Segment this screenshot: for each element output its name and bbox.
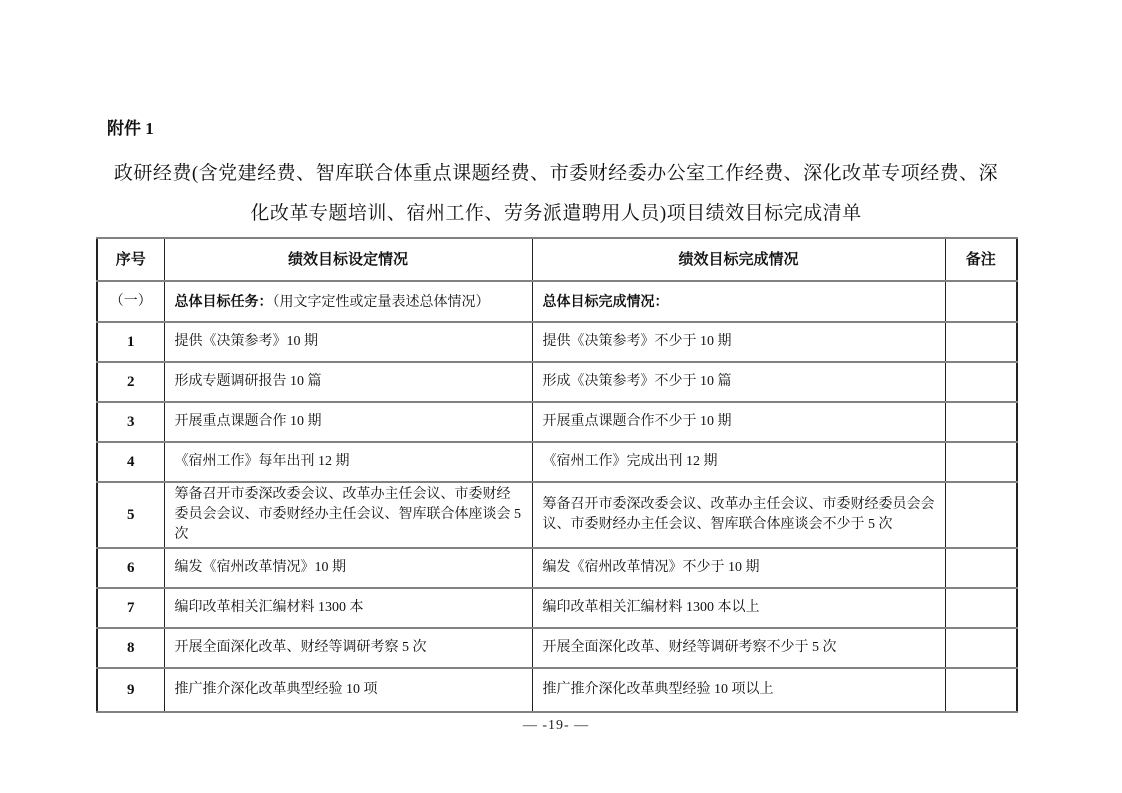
set-cell: 编发《宿州改革情况》10 期 bbox=[164, 548, 532, 588]
title-line-1: 政研经费(含党建经费、智库联合体重点课题经费、市委财经委办公室工作经费、深化改革… bbox=[96, 154, 1016, 194]
remark-cell bbox=[945, 442, 1017, 482]
set-cell: 总体目标任务：（用文字定性或定量表述总体情况） bbox=[164, 281, 532, 322]
remark-cell bbox=[945, 628, 1017, 668]
overall-goal-row: （一） 总体目标任务：（用文字定性或定量表述总体情况） 总体目标完成情况： bbox=[97, 281, 1017, 322]
header-remark: 备注 bbox=[945, 238, 1017, 281]
set-cell: 形成专题调研报告 10 篇 bbox=[164, 362, 532, 402]
done-cell: 提供《决策参考》不少于 10 期 bbox=[532, 322, 945, 362]
set-cell: 开展重点课题合作 10 期 bbox=[164, 402, 532, 442]
done-cell: 编发《宿州改革情况》不少于 10 期 bbox=[532, 548, 945, 588]
performance-goals-table: 序号 绩效目标设定情况 绩效目标完成情况 备注 （一） 总体目标任务：（用文字定… bbox=[96, 237, 1018, 713]
index-cell: 2 bbox=[97, 362, 164, 402]
overall-set-label: 总体目标任务： bbox=[175, 293, 273, 309]
remark-cell bbox=[945, 402, 1017, 442]
set-cell: 开展全面深化改革、财经等调研考察 5 次 bbox=[164, 628, 532, 668]
done-cell: 筹备召开市委深改委会议、改革办主任会议、市委财经委员会会议、市委财经办主任会议、… bbox=[532, 482, 945, 548]
table-row: 3 开展重点课题合作 10 期 开展重点课题合作不少于 10 期 bbox=[97, 402, 1017, 442]
table-row: 5 筹备召开市委深改委会议、改革办主任会议、市委财经委员会会议、市委财经办主任会… bbox=[97, 482, 1017, 548]
index-cell: 1 bbox=[97, 322, 164, 362]
header-index: 序号 bbox=[97, 238, 164, 281]
set-cell: 筹备召开市委深改委会议、改革办主任会议、市委财经委员会会议、市委财经办主任会议、… bbox=[164, 482, 532, 548]
done-cell: 开展重点课题合作不少于 10 期 bbox=[532, 402, 945, 442]
index-cell: 7 bbox=[97, 588, 164, 628]
remark-cell bbox=[945, 548, 1017, 588]
overall-done-label: 总体目标完成情况： bbox=[543, 293, 669, 309]
done-cell: 编印改革相关汇编材料 1300 本以上 bbox=[532, 588, 945, 628]
set-cell: 《宿州工作》每年出刊 12 期 bbox=[164, 442, 532, 482]
set-cell: 推广推介深化改革典型经验 10 项 bbox=[164, 668, 532, 712]
table-row: 4 《宿州工作》每年出刊 12 期 《宿州工作》完成出刊 12 期 bbox=[97, 442, 1017, 482]
done-cell: 开展全面深化改革、财经等调研考察不少于 5 次 bbox=[532, 628, 945, 668]
index-cell: （一） bbox=[97, 281, 164, 322]
done-cell: 总体目标完成情况： bbox=[532, 281, 945, 322]
table-row: 7 编印改革相关汇编材料 1300 本 编印改革相关汇编材料 1300 本以上 bbox=[97, 588, 1017, 628]
title-line-2: 化改革专题培训、宿州工作、劳务派遣聘用人员)项目绩效目标完成清单 bbox=[96, 194, 1016, 234]
done-cell: 形成《决策参考》不少于 10 篇 bbox=[532, 362, 945, 402]
index-cell: 4 bbox=[97, 442, 164, 482]
overall-set-note: （用文字定性或定量表述总体情况） bbox=[273, 295, 490, 310]
table-row: 1 提供《决策参考》10 期 提供《决策参考》不少于 10 期 bbox=[97, 322, 1017, 362]
document-title: 政研经费(含党建经费、智库联合体重点课题经费、市委财经委办公室工作经费、深化改革… bbox=[96, 154, 1016, 234]
document-page: 附件 1 政研经费(含党建经费、智库联合体重点课题经费、市委财经委办公室工作经费… bbox=[0, 0, 1122, 793]
table-row: 6 编发《宿州改革情况》10 期 编发《宿州改革情况》不少于 10 期 bbox=[97, 548, 1017, 588]
header-target-set: 绩效目标设定情况 bbox=[164, 238, 532, 281]
remark-cell bbox=[945, 668, 1017, 712]
document-content: 附件 1 政研经费(含党建经费、智库联合体重点课题经费、市委财经委办公室工作经费… bbox=[96, 118, 1016, 734]
index-cell: 9 bbox=[97, 668, 164, 712]
index-cell: 5 bbox=[97, 482, 164, 548]
table-header-row: 序号 绩效目标设定情况 绩效目标完成情况 备注 bbox=[97, 238, 1017, 281]
done-cell: 推广推介深化改革典型经验 10 项以上 bbox=[532, 668, 945, 712]
remark-cell bbox=[945, 362, 1017, 402]
set-cell: 提供《决策参考》10 期 bbox=[164, 322, 532, 362]
table-row: 9 推广推介深化改革典型经验 10 项 推广推介深化改革典型经验 10 项以上 bbox=[97, 668, 1017, 712]
page-number: — -19- — bbox=[96, 718, 1016, 734]
index-cell: 6 bbox=[97, 548, 164, 588]
remark-cell bbox=[945, 322, 1017, 362]
index-cell: 3 bbox=[97, 402, 164, 442]
remark-cell bbox=[945, 281, 1017, 322]
table-row: 8 开展全面深化改革、财经等调研考察 5 次 开展全面深化改革、财经等调研考察不… bbox=[97, 628, 1017, 668]
remark-cell bbox=[945, 588, 1017, 628]
done-cell: 《宿州工作》完成出刊 12 期 bbox=[532, 442, 945, 482]
remark-cell bbox=[945, 482, 1017, 548]
index-cell: 8 bbox=[97, 628, 164, 668]
table-row: 2 形成专题调研报告 10 篇 形成《决策参考》不少于 10 篇 bbox=[97, 362, 1017, 402]
attachment-label: 附件 1 bbox=[107, 118, 1016, 140]
set-cell: 编印改革相关汇编材料 1300 本 bbox=[164, 588, 532, 628]
header-target-done: 绩效目标完成情况 bbox=[532, 238, 945, 281]
